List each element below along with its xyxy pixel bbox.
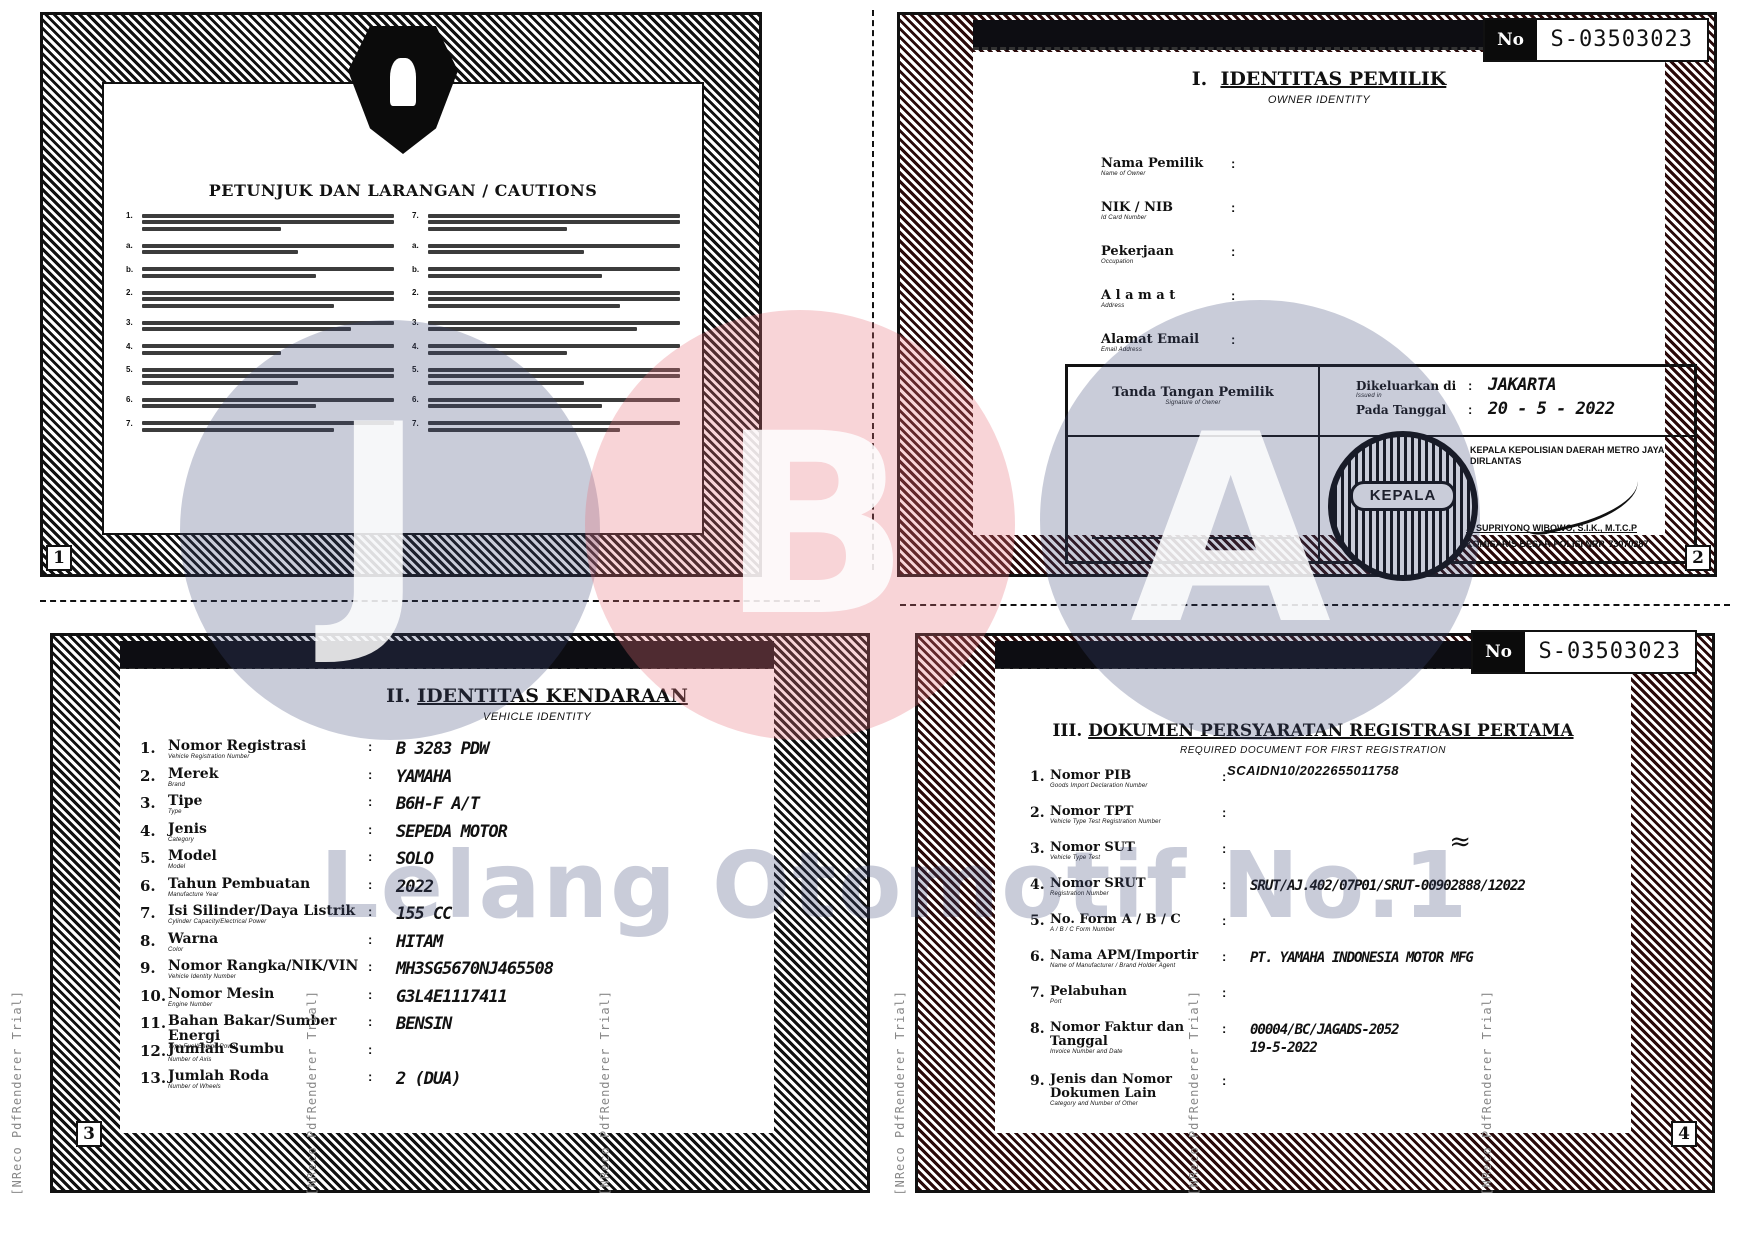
render-trial-watermark: [NReco PdfRenderer Trial] xyxy=(1187,990,1201,1196)
caution-number: a. xyxy=(412,241,422,257)
vehicle-field: 13.Jumlah RodaNumber of Wheels:2 (DUA) xyxy=(140,1069,553,1097)
caution-text xyxy=(428,318,680,334)
caution-text xyxy=(142,288,394,310)
field-value: SRUT/AJ.402/07P01/SRUT-00902888/12022 xyxy=(1250,877,1525,895)
field-sublabel: Vehicle Type Test Registration Number xyxy=(1050,819,1222,825)
caution-text xyxy=(142,342,394,358)
vehicle-field: 7.Isi Silinder/Daya ListrikCylinder Capa… xyxy=(140,904,553,932)
caution-item: a. xyxy=(126,241,394,257)
page-2-owner-identity: I. IDENTITAS PEMILIK OWNER IDENTITY Nama… xyxy=(897,12,1717,577)
field-number: 9. xyxy=(1030,1073,1050,1089)
section-subtitle: OWNER IDENTITY xyxy=(973,94,1665,106)
official-stamp-icon: KEPALA xyxy=(1328,431,1478,581)
field-sublabel: Occupation xyxy=(1101,259,1231,265)
field-sublabel: Type xyxy=(168,809,368,815)
page-1-content: PETUNJUK DAN LARANGAN / CAUTIONS 1.a.b.2… xyxy=(102,82,704,535)
serial-number-badge: No S-03503023 xyxy=(1483,18,1709,62)
field-label: Nama Pemilik xyxy=(1101,156,1231,171)
caution-text xyxy=(142,211,394,233)
caution-item: 7. xyxy=(412,211,680,233)
page-number: 1 xyxy=(46,545,72,571)
issued-at-value: JAKARTA xyxy=(1488,375,1556,395)
field-label: Tipe xyxy=(168,794,368,809)
page-number: 2 xyxy=(1685,545,1711,571)
issued-info: Dikeluarkan diIssued in : JAKARTA Pada T… xyxy=(1320,367,1694,437)
field-number: 8. xyxy=(1030,1021,1050,1037)
field-sublabel: Vehicle Registration Number xyxy=(168,754,368,760)
police-emblem-icon xyxy=(348,26,458,154)
caution-number: 6. xyxy=(126,395,136,411)
field-sublabel: Color xyxy=(168,947,368,953)
field-sublabel: Address xyxy=(1101,303,1231,309)
render-trial-watermark: [NReco PdfRenderer Trial] xyxy=(893,990,907,1196)
official-signature-area: KEPALA KEPOLISIAN DAERAH METRO JAYA DIRL… xyxy=(1320,437,1694,561)
caution-number: 3. xyxy=(126,318,136,334)
field-label: Jenis xyxy=(168,822,368,837)
caution-item: 5. xyxy=(126,365,394,387)
vehicle-field: 8.WarnaColor:HITAM xyxy=(140,932,553,960)
caution-number: 2. xyxy=(412,288,422,310)
field-sublabel: Goods Import Declaration Number xyxy=(1050,783,1222,789)
field-label: Model xyxy=(168,849,368,864)
field-number: 13. xyxy=(140,1069,168,1087)
vehicle-field: 2.MerekBrand:YAMAHA xyxy=(140,767,553,795)
caution-item: 6. xyxy=(412,395,680,411)
field-value: 155 CC xyxy=(396,904,451,924)
caution-text xyxy=(142,395,394,411)
field-label: Nomor PIB xyxy=(1050,769,1222,783)
registration-field: 1.Nomor PIBGoods Import Declaration Numb… xyxy=(1030,769,1525,805)
field-number: 11. xyxy=(140,1014,168,1032)
render-trial-watermark: [NReco PdfRenderer Trial] xyxy=(598,990,612,1196)
field-number: 4. xyxy=(1030,877,1050,893)
cautions-title: PETUNJUK DAN LARANGAN / CAUTIONS xyxy=(104,181,702,200)
section-title: II. IDENTITAS KENDARAAN xyxy=(120,685,774,707)
render-trial-watermark: [NReco PdfRenderer Trial] xyxy=(305,990,319,1196)
caution-item: 6. xyxy=(126,395,394,411)
field-value: 00004/BC/JAGADS-2052 xyxy=(1250,1021,1399,1039)
field-label: Nomor Mesin xyxy=(168,987,368,1002)
field-value: BENSIN xyxy=(396,1014,451,1034)
field-label: Nomor Registrasi xyxy=(168,739,368,754)
caution-text xyxy=(428,265,680,281)
caution-item: 5. xyxy=(412,365,680,387)
vehicle-field: 10.Nomor MesinEngine Number:G3L4E1117411 xyxy=(140,987,553,1015)
field-value: B6H-F A/T xyxy=(396,794,479,814)
field-sublabel: Number of Axis xyxy=(168,1057,368,1063)
field-label: Jumlah Roda xyxy=(168,1069,368,1084)
field-number: 10. xyxy=(140,987,168,1005)
field-sublabel: Email Address xyxy=(1101,347,1231,353)
page-number: 4 xyxy=(1671,1121,1697,1147)
registration-field: 9.Jenis dan Nomor Dokumen LainCategory a… xyxy=(1030,1073,1525,1109)
field-number: 2. xyxy=(1030,805,1050,821)
section-subtitle: VEHICLE IDENTITY xyxy=(120,711,774,723)
owner-field: Nama PemilikName of Owner: xyxy=(1101,156,1251,200)
caution-number: 2. xyxy=(126,288,136,310)
field-number: 1. xyxy=(140,739,168,757)
page-4-registration-documents: III. DOKUMEN PERSYARATAN REGISTRASI PERT… xyxy=(915,633,1715,1193)
field-label: Nomor TPT xyxy=(1050,805,1222,819)
caution-number: 7. xyxy=(126,419,136,435)
field-sublabel: Category xyxy=(168,837,368,843)
issued-date-value: 20 - 5 - 2022 xyxy=(1488,399,1615,419)
caution-number: 1. xyxy=(126,211,136,233)
registration-field: 2.Nomor TPTVehicle Type Test Registratio… xyxy=(1030,805,1525,841)
caution-number: 6. xyxy=(412,395,422,411)
header-bar xyxy=(120,641,774,671)
owner-field: NIK / NIBId Card Number: xyxy=(1101,200,1251,244)
page-1-cautions: PETUNJUK DAN LARANGAN / CAUTIONS 1.a.b.2… xyxy=(40,12,762,577)
field-label: No. Form A / B / C xyxy=(1050,913,1222,927)
owner-signature-area xyxy=(1068,437,1320,561)
caution-item: 1. xyxy=(126,211,394,233)
field-sublabel: Vehicle Identity Number xyxy=(168,974,368,980)
field-label: Warna xyxy=(168,932,368,947)
caution-text xyxy=(142,265,394,281)
field-sublabel: Brand xyxy=(168,782,368,788)
field-number: 9. xyxy=(140,959,168,977)
field-number: 3. xyxy=(140,794,168,812)
field-value: 2022 xyxy=(396,877,433,897)
field-sublabel: Name of Owner xyxy=(1101,171,1231,177)
caution-number: b. xyxy=(412,265,422,281)
section-subtitle: REQUIRED DOCUMENT FOR FIRST REGISTRATION xyxy=(995,745,1631,756)
vehicle-field: 5.ModelModel:SOLO xyxy=(140,849,553,877)
field-label: A l a m a t xyxy=(1101,288,1231,303)
owner-field: A l a m a tAddress: xyxy=(1101,288,1251,332)
caution-number: a. xyxy=(126,241,136,257)
official-name: ... SUPRIYONO WIBOWO, S.I.K., M.T.C.P xyxy=(1466,523,1637,533)
field-label: Merek xyxy=(168,767,368,782)
field-number: 3. xyxy=(1030,841,1050,857)
field-label: Nama APM/Importir xyxy=(1050,949,1222,963)
vehicle-field: 3.TipeType:B6H-F A/T xyxy=(140,794,553,822)
field-number: 2. xyxy=(140,767,168,785)
caution-text xyxy=(428,288,680,310)
field-number: 1. xyxy=(1030,769,1050,785)
vehicle-field: 12.Jumlah SumbuNumber of Axis: xyxy=(140,1042,553,1070)
field-number: 8. xyxy=(140,932,168,950)
caution-item: 2. xyxy=(126,288,394,310)
field-sublabel: Registration Number xyxy=(1050,891,1222,897)
caution-text xyxy=(142,365,394,387)
registration-field: 4.Nomor SRUTRegistration Number:SRUT/AJ.… xyxy=(1030,877,1525,913)
scan-artifact xyxy=(900,604,1730,606)
issuing-authority: KEPALA KEPOLISIAN DAERAH METRO JAYA DIRL… xyxy=(1470,445,1664,467)
caution-item: 4. xyxy=(412,342,680,358)
field-sublabel: A / B / C Form Number xyxy=(1050,927,1222,933)
registration-field: 3.Nomor SUTVehicle Type Test: xyxy=(1030,841,1525,877)
field-sublabel: Cylinder Capacity/Electrical Power xyxy=(168,919,368,925)
caution-text xyxy=(428,241,680,257)
caution-number: b. xyxy=(126,265,136,281)
caution-number: 3. xyxy=(412,318,422,334)
field-value: MH3SG5670NJ465508 xyxy=(396,959,553,979)
caution-number: 4. xyxy=(412,342,422,358)
issued-date-row: Pada Tanggal : 20 - 5 - 2022 xyxy=(1320,399,1694,419)
field-value: B 3283 PDW xyxy=(396,739,488,759)
vehicle-field: 4.JenisCategory:SEPEDA MOTOR xyxy=(140,822,553,850)
cautions-text: 1.a.b.2.3.4.5.6.7. 7.a.b.2.3.4.5.6.7. xyxy=(126,211,680,442)
registration-field: 5.No. Form A / B / CA / B / C Form Numbe… xyxy=(1030,913,1525,949)
scan-artifact xyxy=(872,10,874,570)
field-sublabel: Model xyxy=(168,864,368,870)
page-2-content: I. IDENTITAS PEMILIK OWNER IDENTITY Nama… xyxy=(973,52,1665,535)
field-number: 5. xyxy=(1030,913,1050,929)
owner-fields: Nama PemilikName of Owner:NIK / NIBId Ca… xyxy=(1101,156,1251,376)
caution-item: 3. xyxy=(412,318,680,334)
field-label: Alamat Email xyxy=(1101,332,1231,347)
caution-item: 4. xyxy=(126,342,394,358)
caution-item: 3. xyxy=(126,318,394,334)
field-number: 7. xyxy=(140,904,168,922)
field-sublabel: Engine Number xyxy=(168,1002,368,1008)
field-label: Bahan Bakar/Sumber Energi xyxy=(168,1014,368,1044)
caution-text xyxy=(428,365,680,387)
owner-signature-header: Tanda Tangan Pemilik Signature of Owner xyxy=(1068,367,1320,437)
cautions-column-indonesian: 1.a.b.2.3.4.5.6.7. xyxy=(126,211,394,442)
caution-number: 7. xyxy=(412,211,422,233)
caution-text xyxy=(428,419,680,435)
signature-line xyxy=(1092,537,1294,539)
field-number: 6. xyxy=(1030,949,1050,965)
registration-field: 6.Nama APM/ImportirName of Manufacturer … xyxy=(1030,949,1525,985)
vehicle-field: 1.Nomor RegistrasiVehicle Registration N… xyxy=(140,739,553,767)
page-number: 3 xyxy=(76,1121,102,1147)
field-value: SEPEDA MOTOR xyxy=(396,822,507,842)
field-sublabel: Name of Manufacturer / Brand Holder Agen… xyxy=(1050,963,1222,969)
field-value: YAMAHA xyxy=(396,767,451,787)
field-label: Isi Silinder/Daya Listrik xyxy=(168,904,368,919)
official-rank: KOMISARIS BESAR POLISI NRP. 73070287 xyxy=(1466,539,1648,549)
field-sublabel: Number of Wheels xyxy=(168,1084,368,1090)
caution-text xyxy=(428,211,680,233)
signature-table: Tanda Tangan Pemilik Signature of Owner … xyxy=(1065,364,1697,564)
field-number: 4. xyxy=(140,822,168,840)
caution-text xyxy=(142,419,394,435)
cautions-column-english: 7.a.b.2.3.4.5.6.7. xyxy=(412,211,680,442)
field-sublabel: Id Card Number xyxy=(1101,215,1231,221)
caution-number: 7. xyxy=(412,419,422,435)
serial-number: S-03503023 xyxy=(1525,632,1695,672)
render-trial-watermark: [NReco PdfRenderer Trial] xyxy=(10,990,24,1196)
field-label: Pekerjaan xyxy=(1101,244,1231,259)
section-title: I. IDENTITAS PEMILIK xyxy=(973,68,1665,90)
issued-at-row: Dikeluarkan diIssued in : JAKARTA xyxy=(1320,367,1694,399)
section-title: III. DOKUMEN PERSYARATAN REGISTRASI PERT… xyxy=(995,721,1631,741)
caution-text xyxy=(142,241,394,257)
scan-artifact xyxy=(40,600,820,602)
field-label: Nomor SRUT xyxy=(1050,877,1222,891)
render-trial-watermark: [NReco PdfRenderer Trial] xyxy=(1480,990,1494,1196)
field-label: Nomor Rangka/NIK/VIN xyxy=(168,959,368,974)
registration-field: 7.PelabuhanPort: xyxy=(1030,985,1525,1021)
registration-field: 8.Nomor Faktur dan TanggalInvoice Number… xyxy=(1030,1021,1525,1073)
caution-item: 7. xyxy=(412,419,680,435)
field-value: G3L4E1117411 xyxy=(396,987,507,1007)
field-value-date: 19-5-2022 xyxy=(1250,1039,1399,1057)
serial-number: S-03503023 xyxy=(1537,20,1707,60)
field-number: 12. xyxy=(140,1042,168,1060)
caution-item: b. xyxy=(412,265,680,281)
field-label: Nomor SUT xyxy=(1050,841,1222,855)
caution-number: 5. xyxy=(412,365,422,387)
field-value: SOLO xyxy=(396,849,433,869)
caution-text xyxy=(428,342,680,358)
field-label: NIK / NIB xyxy=(1101,200,1231,215)
caution-number: 4. xyxy=(126,342,136,358)
caution-item: b. xyxy=(126,265,394,281)
vehicle-fields: 1.Nomor RegistrasiVehicle Registration N… xyxy=(140,739,553,1097)
field-label: Jumlah Sumbu xyxy=(168,1042,368,1057)
caution-item: 7. xyxy=(126,419,394,435)
field-number: 5. xyxy=(140,849,168,867)
field-value: HITAM xyxy=(396,932,442,952)
field-sublabel: Manufacture Year xyxy=(168,892,368,898)
caution-item: 2. xyxy=(412,288,680,310)
field-sublabel: Vehicle Type Test xyxy=(1050,855,1222,861)
caution-item: a. xyxy=(412,241,680,257)
field-number: 7. xyxy=(1030,985,1050,1001)
vehicle-field: 6.Tahun PembuatanManufacture Year:2022 xyxy=(140,877,553,905)
owner-field: PekerjaanOccupation: xyxy=(1101,244,1251,288)
field-number: 6. xyxy=(140,877,168,895)
caution-number: 5. xyxy=(126,365,136,387)
caution-text xyxy=(142,318,394,334)
serial-number-badge: No S-03503023 xyxy=(1471,630,1697,674)
vehicle-field: 11.Bahan Bakar/Sumber EnergiType Fuel/En… xyxy=(140,1014,553,1042)
field-value: PT. YAMAHA INDONESIA MOTOR MFG xyxy=(1250,949,1473,967)
caution-text xyxy=(428,395,680,411)
registration-fields: 1.Nomor PIBGoods Import Declaration Numb… xyxy=(1030,769,1525,1109)
field-label: Tahun Pembuatan xyxy=(168,877,368,892)
page-3-vehicle-identity: II. IDENTITAS KENDARAAN VEHICLE IDENTITY… xyxy=(50,633,870,1193)
field-value: 2 (DUA) xyxy=(396,1069,461,1089)
vehicle-field: 9.Nomor Rangka/NIK/VINVehicle Identity N… xyxy=(140,959,553,987)
